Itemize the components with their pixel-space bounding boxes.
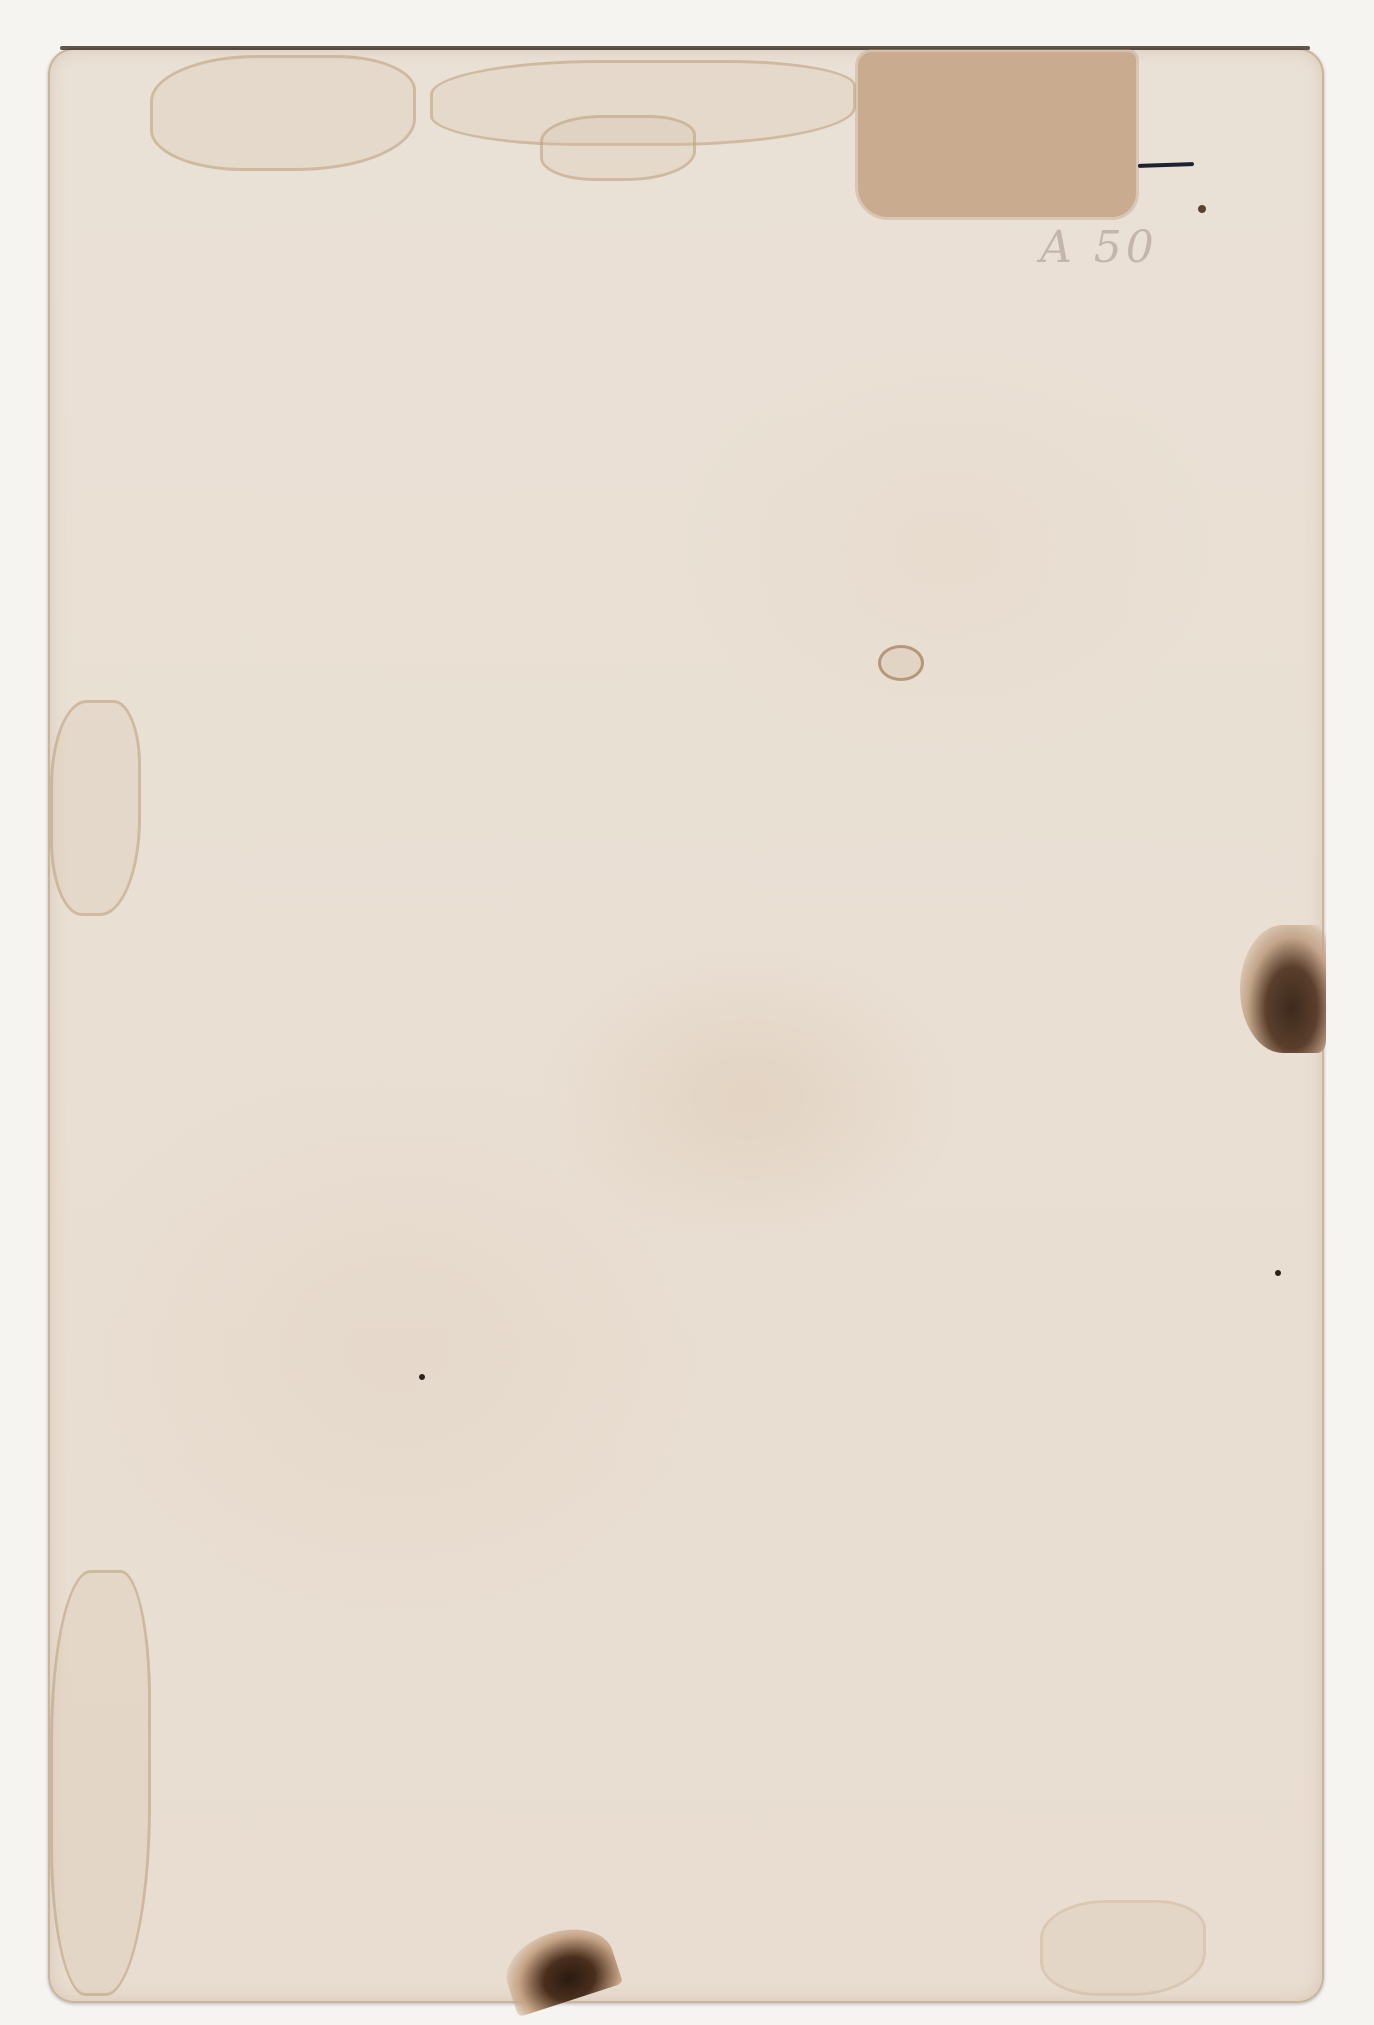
cabinet-card-back <box>48 48 1324 2003</box>
water-stain-top-left <box>150 55 416 171</box>
card-top-edge <box>60 46 1310 50</box>
small-stain-center <box>878 645 924 681</box>
edge-stain-right <box>1240 925 1326 1053</box>
label-remnant <box>858 52 1136 217</box>
water-stain-left-mid <box>50 700 141 916</box>
speck <box>419 1374 425 1380</box>
speck <box>1198 205 1206 213</box>
water-stain-bottom-right <box>1040 1900 1206 1996</box>
water-stain-top-mid <box>540 115 696 181</box>
water-stain-left-bottom <box>50 1570 151 1996</box>
speck <box>1275 1270 1281 1276</box>
handwritten-note: A 50 <box>1040 222 1158 273</box>
